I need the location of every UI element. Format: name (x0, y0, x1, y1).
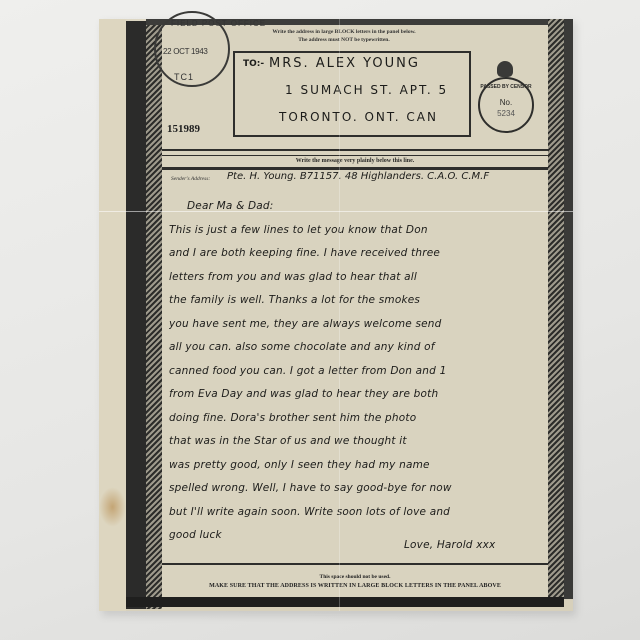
address-panel: TO:- MRS. ALEX YOUNG 1 SUMACH ST. APT. 5… (233, 51, 471, 137)
address-instruction-2: The address must NOT be typewritten. (194, 36, 494, 44)
footer-warning: MAKE SURE THAT THE ADDRESS IS WRITTEN IN… (162, 583, 548, 589)
letter-line: doing fine. Dora's brother sent him the … (169, 407, 541, 431)
letter-signoff: Love, Harold xxx (169, 534, 541, 558)
right-black-border (564, 19, 573, 599)
divider-line (162, 149, 548, 151)
divider-line (162, 167, 548, 170)
letter-line: the family is well. Thanks a lot for the… (169, 289, 541, 313)
footer-note: This space should not be used. (162, 574, 548, 580)
message-instruction: Write the message very plainly below thi… (162, 158, 548, 164)
censor-number: 5234 (480, 109, 532, 118)
letter-line: you have sent me, they are always welcom… (169, 313, 541, 337)
sender-address-value: Pte. H. Young. B71157. 48 Highlanders. C… (227, 171, 489, 182)
letter-line: that was in the Star of us and we though… (169, 430, 541, 454)
postmark-ring-text: FIELD POST OFFICE (171, 19, 266, 28)
address-instructions: Write the address in large BLOCK letters… (194, 28, 494, 44)
censor-ring-text: PASSED BY CENSOR (480, 84, 532, 90)
fold-crease (339, 19, 340, 611)
letter-line: canned food you can. I got a letter from… (169, 360, 541, 384)
letter-line: but I'll write again soon. Write soon lo… (169, 501, 541, 525)
handwritten-message: Dear Ma & Dad: This is just a few lines … (169, 195, 541, 557)
address-line-3: TORONTO. ONT. CAN (279, 110, 438, 124)
letter-line: letters from you and was glad to hear th… (169, 266, 541, 290)
left-hatched-border (146, 21, 162, 609)
water-stain (99, 487, 126, 527)
crown-icon (497, 61, 513, 77)
postmark-code: TC1 (174, 72, 194, 82)
letter-salutation: Dear Ma & Dad: (169, 195, 541, 219)
left-black-border (126, 21, 146, 609)
airgraph-letter-sheet: Write the address in large BLOCK letters… (99, 19, 573, 611)
sender-address-label: Sender's Address: (171, 176, 210, 182)
letter-line: from Eva Day and was glad to hear they a… (169, 383, 541, 407)
serial-number: 151989 (167, 123, 200, 135)
address-to-label: TO:- (243, 59, 264, 69)
postmark-date: 22 OCT 1943 (163, 47, 208, 56)
censor-no-label: No. (480, 98, 532, 107)
address-instruction-1: Write the address in large BLOCK letters… (194, 28, 494, 36)
letter-line: and I are both keeping fine. I have rece… (169, 242, 541, 266)
censor-stamp: PASSED BY CENSOR No. 5234 (478, 77, 534, 133)
address-line-2: 1 SUMACH ST. APT. 5 (285, 83, 448, 97)
bottom-border (126, 597, 564, 607)
letter-line: spelled wrong. Well, I have to say good-… (169, 477, 541, 501)
letter-line: This is just a few lines to let you know… (169, 219, 541, 243)
letter-line: was pretty good, only I seen they had my… (169, 454, 541, 478)
letter-line: all you can. also some chocolate and any… (169, 336, 541, 360)
address-line-1: MRS. ALEX YOUNG (269, 56, 420, 71)
divider-line (162, 155, 548, 156)
fold-crease (99, 211, 573, 212)
divider-line (162, 563, 548, 565)
right-hatched-border (548, 19, 564, 599)
